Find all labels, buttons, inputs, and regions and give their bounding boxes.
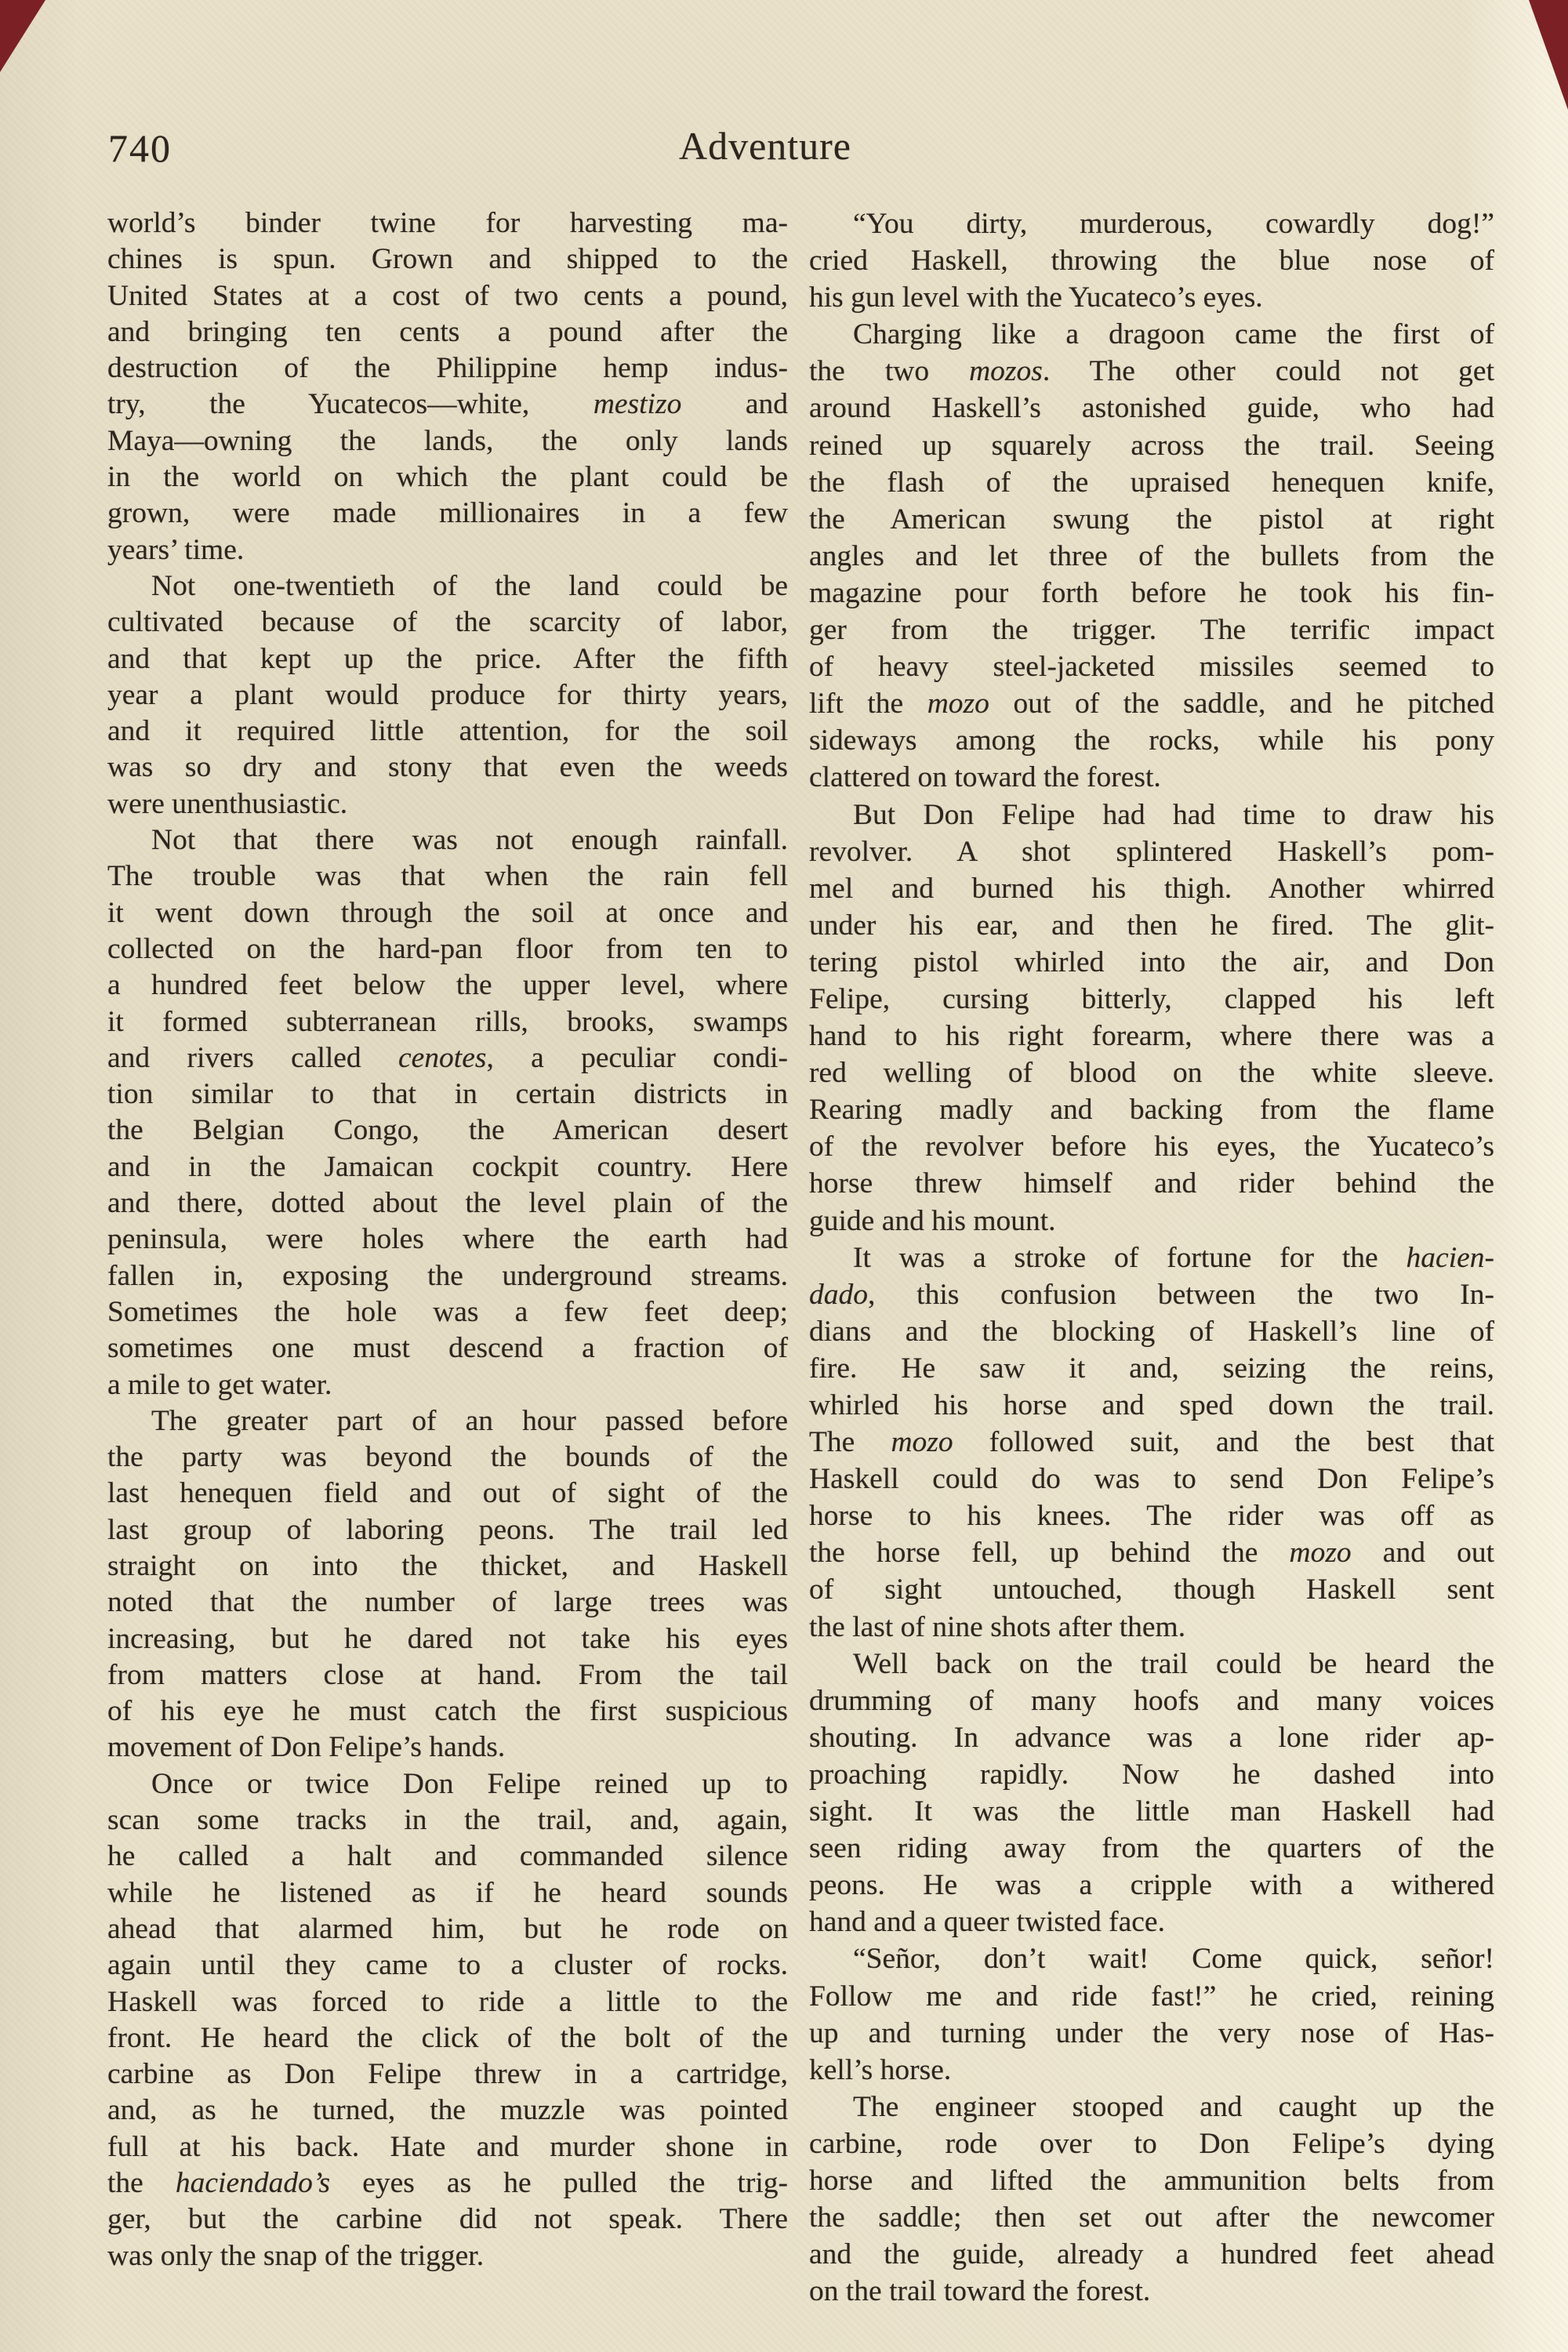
text-line: “Señor, don’t wait! Come quick, señor! <box>809 1940 1494 1977</box>
magazine-title: Adventure <box>0 123 1530 169</box>
text-line: cried Haskell, throwing the blue nose of <box>809 242 1494 279</box>
text-line: try, the Yucatecos—white, mestizo and <box>107 387 788 423</box>
paragraph: “You dirty, murderous, cowardly dog!”cri… <box>809 205 1494 316</box>
text-line: mel and burned his thigh. Another whirre… <box>809 870 1494 907</box>
text-line: fire. He saw it and, seizing the reins, <box>809 1350 1494 1387</box>
text-line: dians and the blocking of Haskell’s line… <box>809 1313 1494 1350</box>
text-line: world’s binder twine for harvesting ma- <box>107 205 788 241</box>
text-line: cultivated because of the scarcity of la… <box>107 604 788 641</box>
text-line: sometimes one must descend a fraction of <box>107 1330 788 1367</box>
text-line: up and turning under the very nose of Ha… <box>809 2015 1494 2052</box>
text-line: last group of laboring peons. The trail … <box>107 1512 788 1548</box>
text-line: Not that there was not enough rainfall. <box>107 822 788 858</box>
text-line: peninsula, were holes where the earth ha… <box>107 1221 788 1258</box>
text-line: The engineer stooped and caught up the <box>809 2089 1494 2125</box>
text-line: magazine pour forth before he took his f… <box>809 575 1494 612</box>
text-line: hand and a queer twisted face. <box>809 1904 1494 1940</box>
text-line: and it required little attention, for th… <box>107 713 788 750</box>
text-line: tering pistol whirled into the air, and … <box>809 944 1494 981</box>
text-line: Felipe, cursing bitterly, clapped his le… <box>809 981 1494 1018</box>
text-line: of sight untouched, though Haskell sent <box>809 1571 1494 1608</box>
text-line: the horse fell, up behind the mozo and o… <box>809 1534 1494 1571</box>
text-line: tion similar to that in certain district… <box>107 1076 788 1112</box>
text-line: under his ear, and then he fired. The gl… <box>809 907 1494 944</box>
text-line: chines is spun. Grown and shipped to the <box>107 241 788 278</box>
text-line: on the trail toward the forest. <box>809 2273 1494 2310</box>
text-line: lift the mozo out of the saddle, and he … <box>809 685 1494 722</box>
text-line: full at his back. Hate and murder shone … <box>107 2129 788 2165</box>
text-line: Follow me and ride fast!” he cried, rein… <box>809 1978 1494 2015</box>
paragraph: Once or twice Don Felipe reined up tosca… <box>107 1766 788 2274</box>
text-line: Haskell could do was to send Don Felipe’… <box>809 1461 1494 1497</box>
text-line: revolver. A shot splintered Haskell’s po… <box>809 833 1494 870</box>
text-line: the haciendado’s eyes as he pulled the t… <box>107 2165 788 2201</box>
text-line: hand to his right forearm, where there w… <box>809 1018 1494 1054</box>
text-line: guide and his mount. <box>809 1203 1494 1240</box>
text-line: from matters close at hand. From the tai… <box>107 1657 788 1693</box>
text-line: noted that the number of large trees was <box>107 1584 788 1621</box>
text-line: Haskell was forced to ride a little to t… <box>107 1984 788 2020</box>
text-line: it went down through the soil at once an… <box>107 895 788 931</box>
text-line: ahead that alarmed him, but he rode on <box>107 1911 788 1947</box>
text-line: It was a stroke of fortune for the hacie… <box>809 1240 1494 1276</box>
scan-corner-mark-top-left <box>0 0 45 72</box>
text-line: clattered on toward the forest. <box>809 759 1494 796</box>
paragraph: But Don Felipe had had time to draw hisr… <box>809 797 1494 1240</box>
text-line: and, as he turned, the muzzle was pointe… <box>107 2092 788 2129</box>
text-line: The trouble was that when the rain fell <box>107 858 788 895</box>
text-line: shouting. In advance was a lone rider ap… <box>809 1719 1494 1756</box>
paragraph: Not one-twentieth of the land could becu… <box>107 568 788 822</box>
text-line: horse to his knees. The rider was off as <box>809 1497 1494 1534</box>
text-line: grown, were made millionaires in a few <box>107 495 788 532</box>
text-line: ger, but the carbine did not speak. Ther… <box>107 2201 788 2238</box>
text-line: sideways among the rocks, while his pony <box>809 722 1494 759</box>
text-line: was so dry and stony that even the weeds <box>107 750 788 786</box>
text-line: carbine as Don Felipe threw in a cartrid… <box>107 2056 788 2092</box>
text-line: horse threw himself and rider behind the <box>809 1165 1494 1202</box>
paragraph: Not that there was not enough rainfall.T… <box>107 822 788 1403</box>
text-line: increasing, but he dared not take his ey… <box>107 1621 788 1657</box>
text-line: drumming of many hoofs and many voices <box>809 1682 1494 1719</box>
text-line: was only the snap of the trigger. <box>107 2238 788 2274</box>
text-line: the Belgian Congo, the American desert <box>107 1112 788 1149</box>
text-line: fallen in, exposing the underground stre… <box>107 1258 788 1294</box>
text-line: straight on into the thicket, and Haskel… <box>107 1548 788 1584</box>
text-line: The greater part of an hour passed befor… <box>107 1403 788 1439</box>
text-line: proaching rapidly. Now he dashed into <box>809 1756 1494 1793</box>
text-line: destruction of the Philippine hemp indus… <box>107 350 788 387</box>
text-line: he called a halt and commanded silence <box>107 1838 788 1875</box>
text-line: the last of nine shots after them. <box>809 1609 1494 1646</box>
text-line: peons. He was a cripple with a withered <box>809 1867 1494 1904</box>
text-line: the two mozos. The other could not get <box>809 353 1494 390</box>
text-line: kell’s horse. <box>809 2052 1494 2089</box>
text-line: again until they came to a cluster of ro… <box>107 1947 788 1984</box>
text-line: last henequen field and out of sight of … <box>107 1475 788 1512</box>
text-line: Well back on the trail could be heard th… <box>809 1646 1494 1682</box>
right-text-column: “You dirty, murderous, cowardly dog!”cri… <box>809 205 1494 2310</box>
text-line: whirled his horse and sped down the trai… <box>809 1387 1494 1424</box>
text-line: and the guide, already a hundred feet ah… <box>809 2236 1494 2273</box>
text-line: Not one-twentieth of the land could be <box>107 568 788 604</box>
text-line: while he listened as if he heard sounds <box>107 1875 788 1911</box>
text-line: Once or twice Don Felipe reined up to <box>107 1766 788 1802</box>
text-line: dado, this confusion between the two In- <box>809 1276 1494 1313</box>
text-line: and there, dotted about the level plain … <box>107 1185 788 1221</box>
text-line: were unenthusiastic. <box>107 786 788 822</box>
text-line: Charging like a dragoon came the first o… <box>809 316 1494 353</box>
text-line: movement of Don Felipe’s hands. <box>107 1730 788 1766</box>
text-line: of the revolver before his eyes, the Yuc… <box>809 1128 1494 1165</box>
text-line: the flash of the upraised henequen knife… <box>809 464 1494 501</box>
text-line: ger from the trigger. The terrific impac… <box>809 612 1494 648</box>
paragraph: world’s binder twine for harvesting ma-c… <box>107 205 788 568</box>
text-line: Sometimes the hole was a few feet deep; <box>107 1294 788 1330</box>
text-line: horse and lifted the ammunition belts fr… <box>809 2162 1494 2199</box>
text-line: it formed subterranean rills, brooks, sw… <box>107 1004 788 1040</box>
text-line: United States at a cost of two cents a p… <box>107 278 788 314</box>
scan-corner-mark-top-right <box>1529 0 1568 110</box>
text-line: Rearing madly and backing from the flame <box>809 1091 1494 1128</box>
text-line: around Haskell’s astonished guide, who h… <box>809 390 1494 426</box>
text-line: year a plant would produce for thirty ye… <box>107 677 788 713</box>
text-line: The mozo followed suit, and the best tha… <box>809 1424 1494 1461</box>
text-line: of his eye he must catch the first suspi… <box>107 1693 788 1730</box>
text-line: scan some tracks in the trail, and, agai… <box>107 1802 788 1838</box>
magazine-page: 740 Adventure world’s binder twine for h… <box>0 0 1568 2352</box>
left-text-column: world’s binder twine for harvesting ma-c… <box>107 205 788 2274</box>
paragraph: The greater part of an hour passed befor… <box>107 1403 788 1766</box>
text-line: years’ time. <box>107 532 788 568</box>
paragraph: Charging like a dragoon came the first o… <box>809 316 1494 796</box>
text-line: reined up squarely across the trail. See… <box>809 427 1494 464</box>
text-line: his gun level with the Yucateco’s eyes. <box>809 279 1494 316</box>
text-line: a mile to get water. <box>107 1367 788 1403</box>
text-line: and in the Jamaican cockpit country. Her… <box>107 1149 788 1185</box>
text-line: angles and let three of the bullets from… <box>809 538 1494 575</box>
text-line: Maya—owning the lands, the only lands <box>107 423 788 459</box>
text-line: But Don Felipe had had time to draw his <box>809 797 1494 833</box>
text-line: the saddle; then set out after the newco… <box>809 2199 1494 2236</box>
text-line: the American swung the pistol at right <box>809 501 1494 538</box>
text-line: in the world on which the plant could be <box>107 459 788 495</box>
paragraph: The engineer stooped and caught up theca… <box>809 2089 1494 2310</box>
text-line: front. He heard the click of the bolt of… <box>107 2020 788 2056</box>
text-line: of heavy steel-jacketed missiles seemed … <box>809 648 1494 685</box>
text-line: and rivers called cenotes, a peculiar co… <box>107 1040 788 1076</box>
text-line: red welling of blood on the white sleeve… <box>809 1054 1494 1091</box>
paragraph: Well back on the trail could be heard th… <box>809 1646 1494 1941</box>
text-line: “You dirty, murderous, cowardly dog!” <box>809 205 1494 242</box>
text-line: sight. It was the little man Haskell had <box>809 1793 1494 1830</box>
text-line: and that kept up the price. After the fi… <box>107 641 788 677</box>
text-line: a hundred feet below the upper level, wh… <box>107 967 788 1004</box>
paragraph: “Señor, don’t wait! Come quick, señor!Fo… <box>809 1940 1494 2088</box>
text-line: carbine, rode over to Don Felipe’s dying <box>809 2125 1494 2162</box>
paragraph: It was a stroke of fortune for the hacie… <box>809 1240 1494 1646</box>
text-line: and bringing ten cents a pound after the <box>107 314 788 350</box>
text-line: collected on the hard-pan floor from ten… <box>107 931 788 967</box>
text-line: the party was beyond the bounds of the <box>107 1439 788 1475</box>
text-line: seen riding away from the quarters of th… <box>809 1830 1494 1867</box>
